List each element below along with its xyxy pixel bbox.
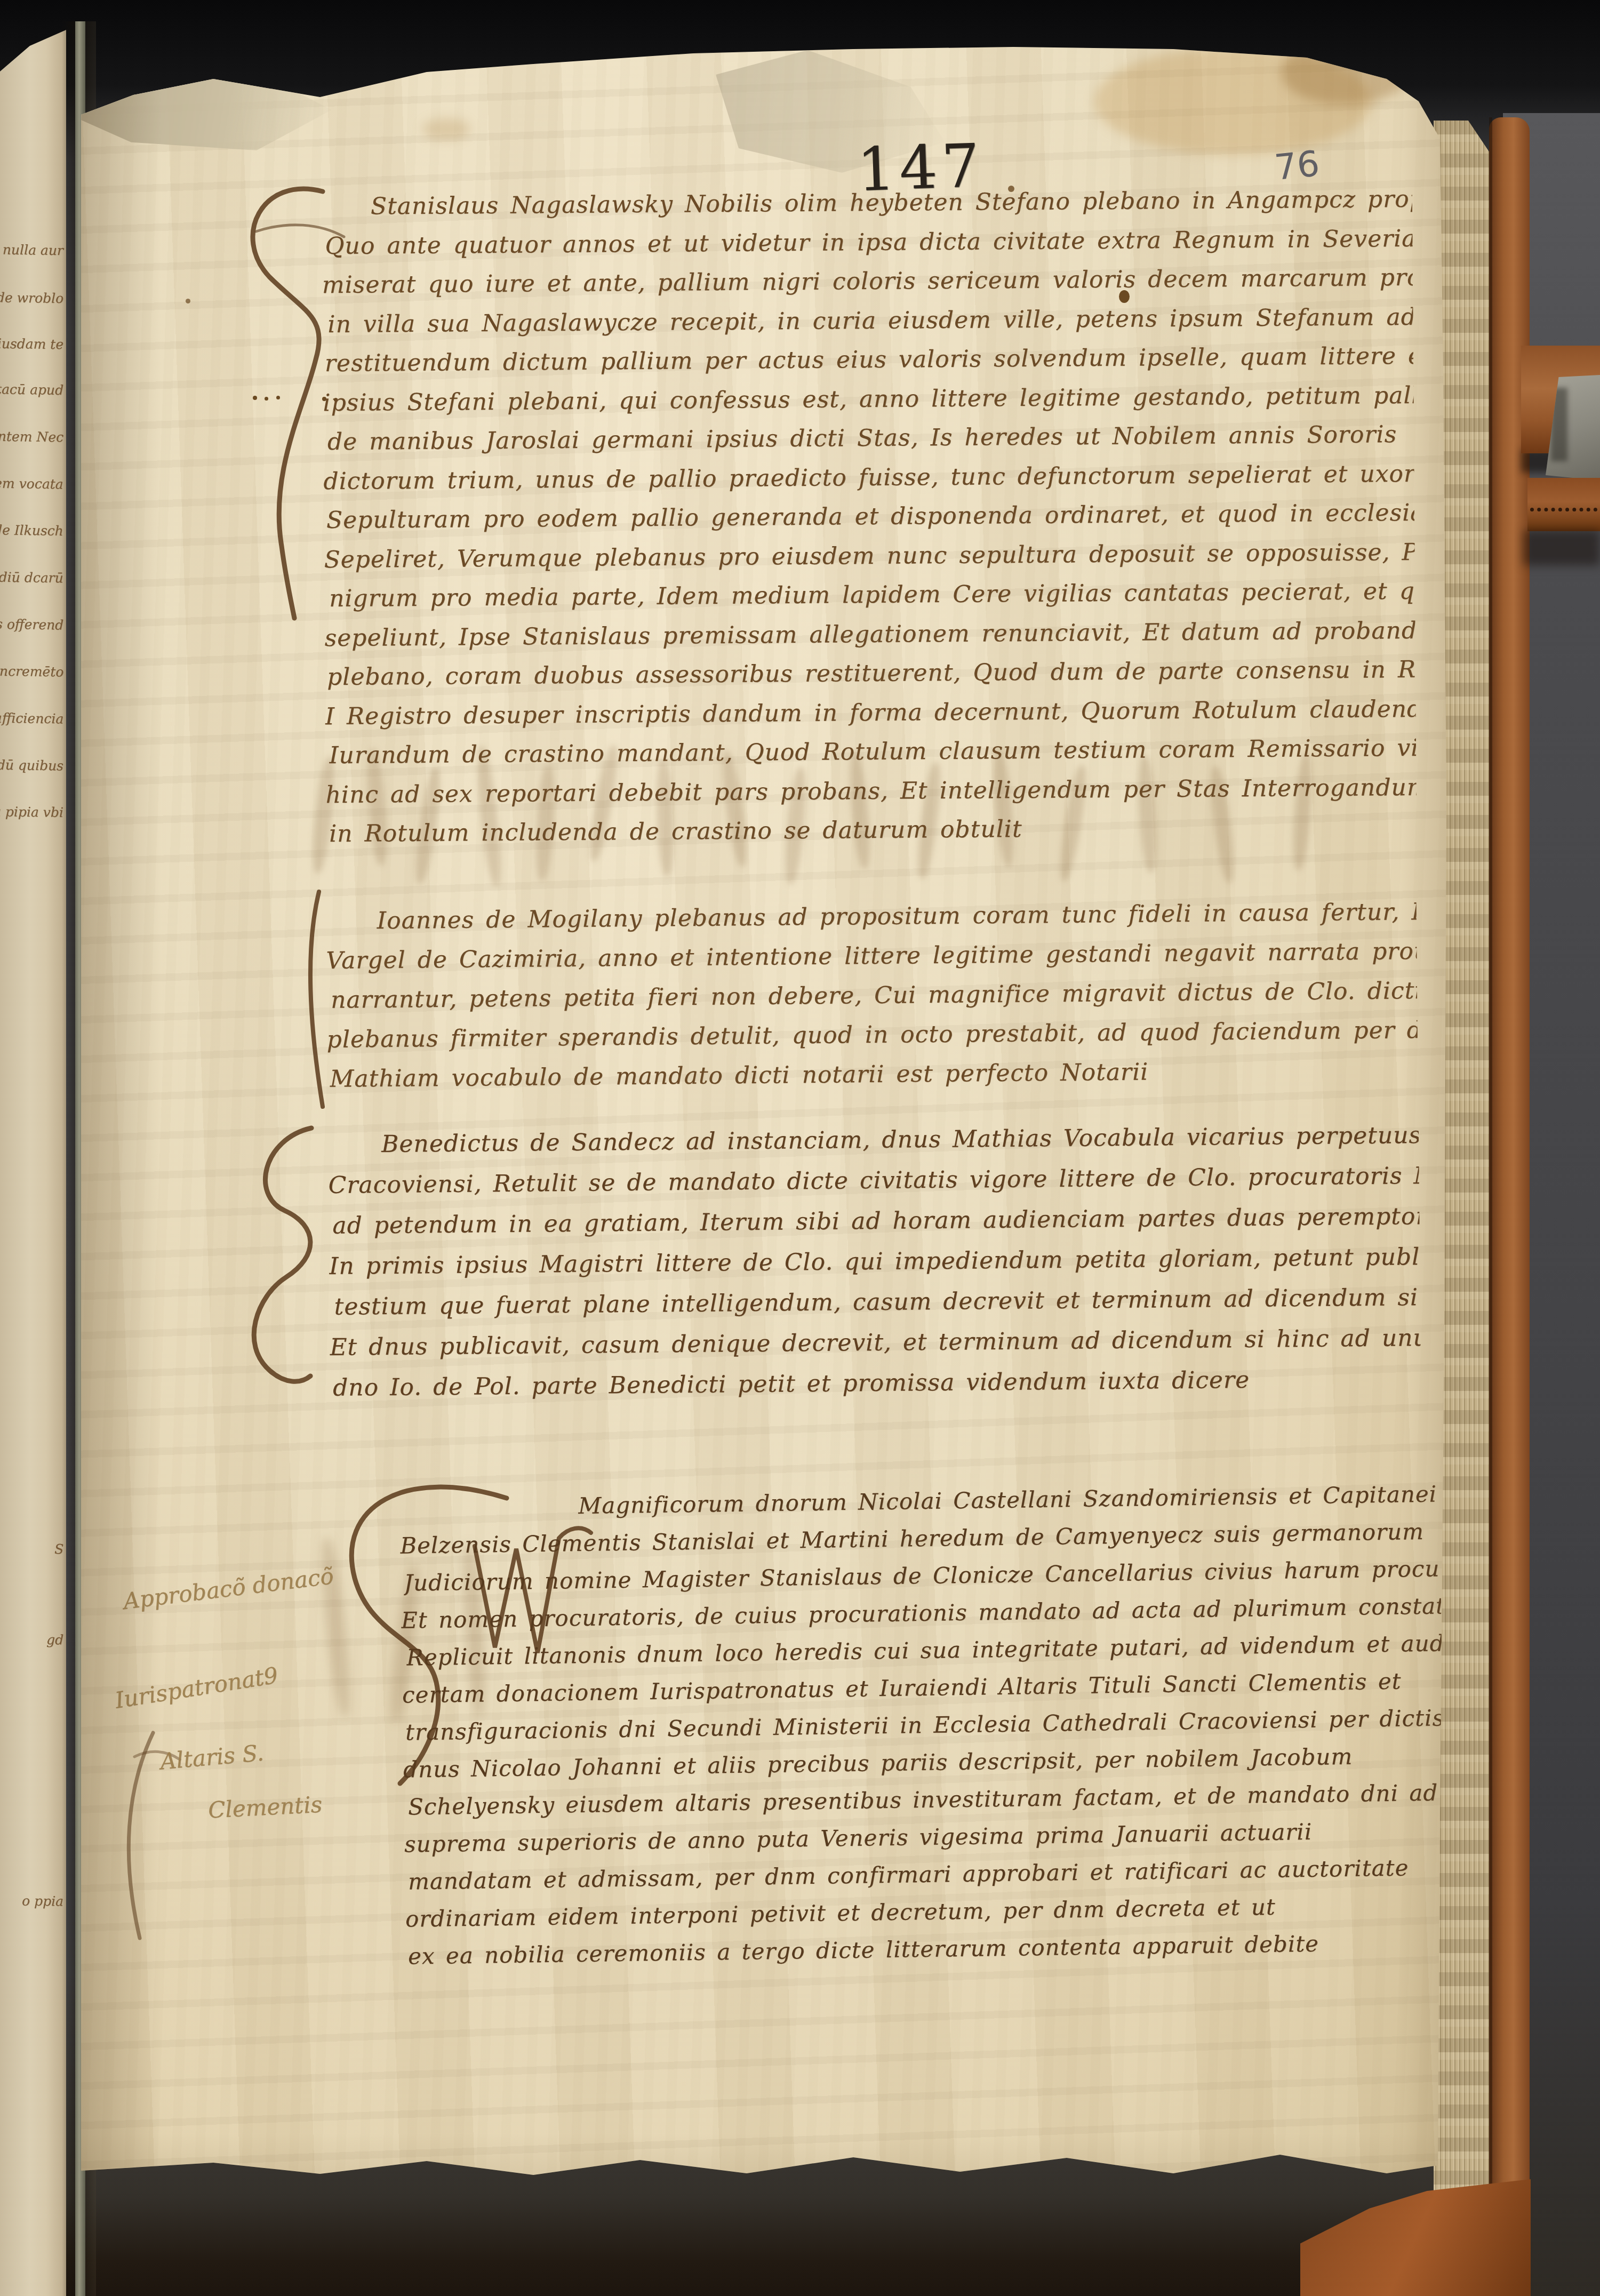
- facing-page-text-fragment: intepidū quibus: [0, 757, 63, 774]
- paragraph-3: Benedictus de Sandecz ad instanciam, dnu…: [328, 1115, 1421, 1409]
- paragraph-4: Magnificorum dnorum Nicolai Castellani S…: [399, 1475, 1446, 1975]
- facing-page-text-fragment: ca nulla aur: [0, 242, 63, 258]
- clasp-lower-shadow: [1523, 530, 1600, 565]
- leather-cover-bottom-corner: [1300, 2179, 1531, 2296]
- manuscript-line: Sepulturam pro eodem pallio generanda et…: [326, 493, 1414, 540]
- manuscript-page: 147 76: [81, 44, 1446, 2208]
- clasp-strap-keeper: [1527, 478, 1600, 531]
- facing-page-text-fragment: gd: [46, 1632, 63, 1647]
- facing-page-text-fragment: o ppia: [22, 1893, 63, 1909]
- facing-page-text-fragment: pallantem Nec: [0, 428, 63, 445]
- manuscript-line: sepeliunt, Ipse Stanislaus premissam all…: [324, 611, 1415, 658]
- paragraph-2: Ioannes de Mogilany plebanus ad proposit…: [325, 892, 1418, 1099]
- manuscript-line: plebano, coram duobus assessoribus resti…: [327, 650, 1415, 697]
- manuscript-line: Quo ante quatuor annos et ut videtur in …: [325, 219, 1412, 266]
- manuscript-line: hinc ad sex reportari debebit pars proba…: [325, 767, 1416, 814]
- margin-ink-dot: [186, 299, 190, 303]
- facing-page-text-fragment: dimidiū dcarū: [0, 569, 63, 586]
- facing-page-text-fragment: a pipia vbi: [0, 804, 63, 820]
- facing-page-text-fragment: stitit incremēto: [0, 663, 63, 680]
- facing-page-text-fragment: de Ilkusch: [0, 522, 63, 539]
- manuscript-line: de manibus Jaroslai germani ipsius dicti…: [327, 415, 1414, 462]
- manuscript-line: in Rotulum includenda de crastino se dat…: [329, 807, 1417, 854]
- facing-page-edge: ca nulla aur g de wroblo m cuiusdam te t…: [0, 30, 66, 2296]
- manuscript-line: restituendum dictum pallium per actus ei…: [325, 337, 1413, 383]
- manuscript-line: ipsius Stefani plebani, qui confessus es…: [323, 375, 1413, 422]
- bottom-edge-shading: [81, 2133, 1446, 2208]
- manuscript-line: in villa sua Nagaslawycze recepit, in cu…: [327, 297, 1413, 344]
- paper-stain: [1281, 41, 1409, 105]
- manuscript-line: I Registro desuper inscriptis dandum in …: [325, 689, 1415, 736]
- facing-page-text-fragment: tacū apud: [0, 381, 63, 398]
- facing-page-text-fragment: g de wroblo: [0, 290, 63, 306]
- manuscript-line: Iurandum de crastino mandant, Quod Rotul…: [329, 729, 1416, 775]
- fore-edge-side-shading: [1398, 44, 1446, 2208]
- facing-page-text-fragment: messem vocata: [0, 475, 63, 492]
- manuscript-photo: ca nulla aur g de wroblo m cuiusdam te t…: [0, 0, 1600, 2296]
- facing-page-text-fragment: hymus offerend: [0, 616, 63, 633]
- paper-stain: [422, 118, 470, 140]
- manuscript-line: miserat quo iure et ante, pallium nigri …: [322, 258, 1413, 305]
- paragraph-1: Stanislaus Nagaslawsky Nobilis olim heyb…: [322, 180, 1417, 854]
- facing-page-text-fragment: m cuiusdam te: [0, 335, 63, 353]
- manuscript-line: Sepeliret, Verumque plebanus pro eiusdem…: [324, 532, 1414, 579]
- facing-page-text-fragment: nec sufficiencia: [0, 710, 63, 727]
- manuscript-line: Stanislaus Nagaslawsky Nobilis olim heyb…: [322, 180, 1412, 227]
- initial-flourish-paragraph-3: [221, 1115, 343, 1413]
- gutter-side-shading: [81, 44, 161, 2208]
- manuscript-line: nigrum pro media parte, Idem medium lapi…: [329, 572, 1415, 619]
- manuscript-line: dictorum trium, unus de pallio praedicto…: [323, 454, 1414, 501]
